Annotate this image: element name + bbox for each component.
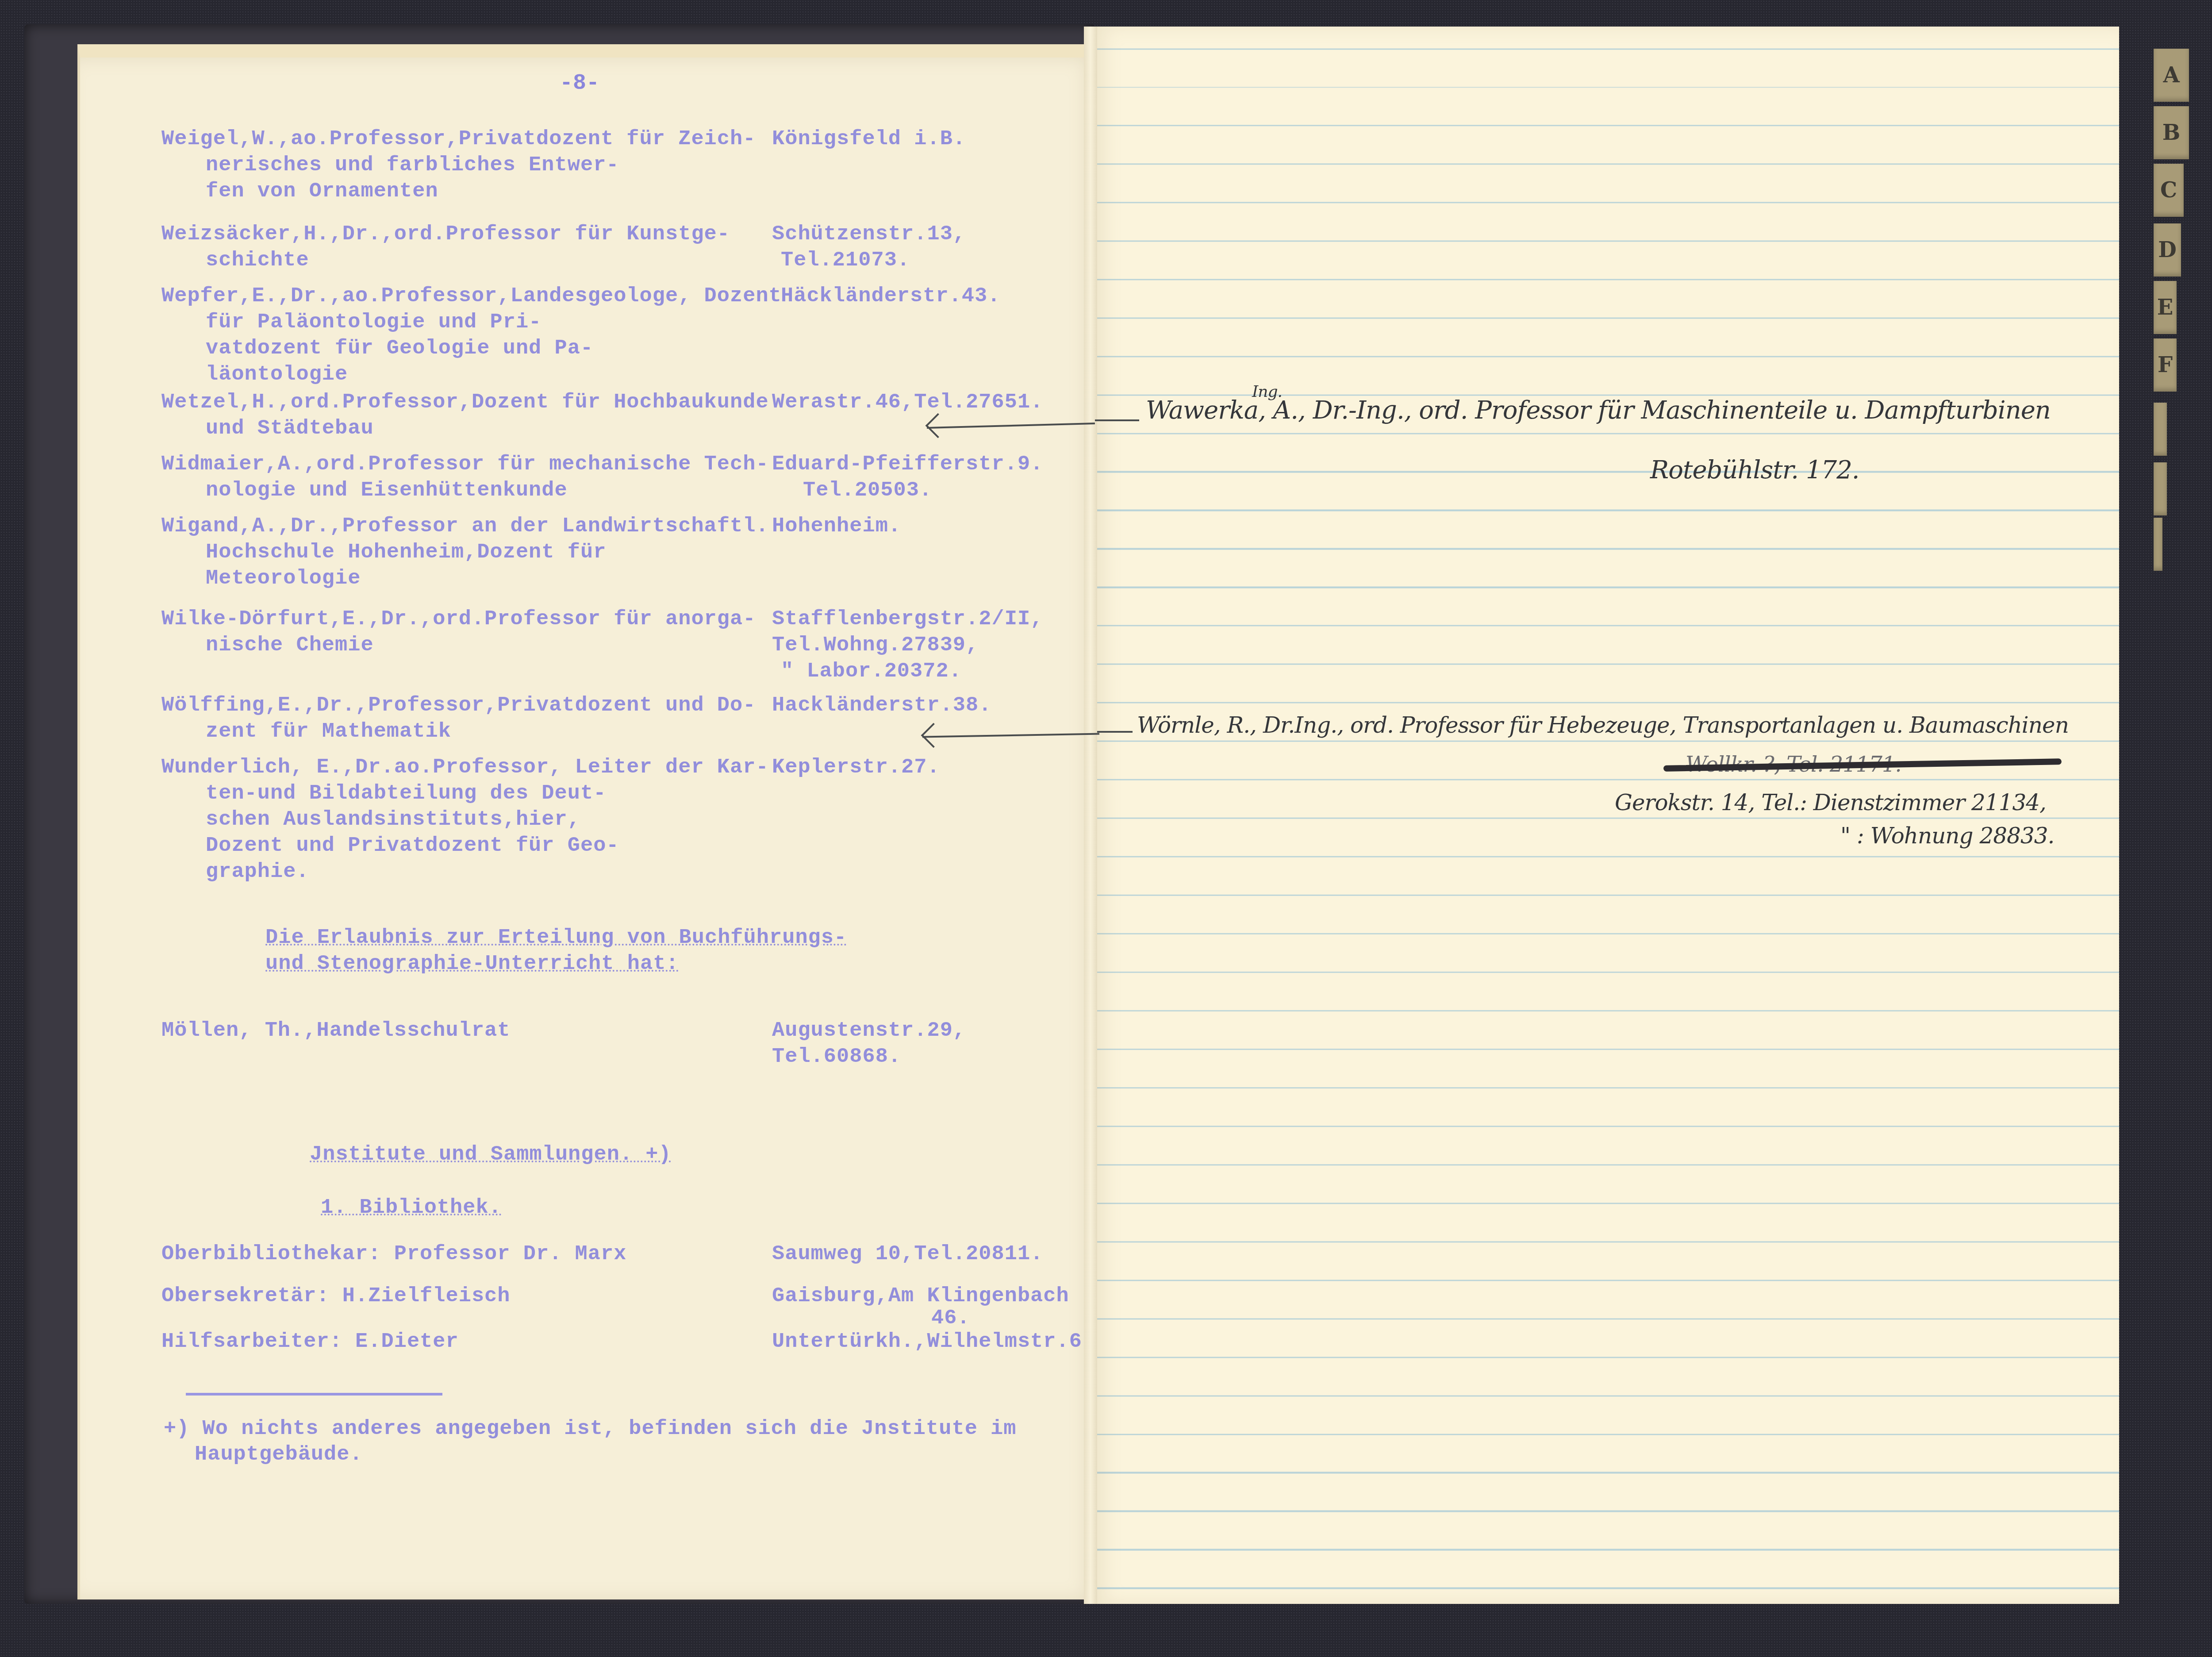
section-heading: und Stenographie-Unterricht hat:: [265, 951, 679, 977]
entry-address: Tel.21073.: [781, 247, 910, 273]
library-subheading: 1. Bibliothek.: [321, 1195, 502, 1221]
entry-line: Dozent und Privatdozent für Geo-: [206, 833, 619, 859]
entry-line: ten-und Bildabteilung des Deut-: [206, 780, 606, 807]
index-tab-b[interactable]: B: [2154, 106, 2189, 159]
book-spine: [1084, 27, 1097, 1604]
entry-line: nische Chemie: [206, 632, 374, 658]
staff-address: 46.: [931, 1305, 970, 1331]
handwritten-address: Rotebühlstr. 172.: [1650, 456, 1859, 484]
entry-line: zent für Mathematik: [206, 719, 451, 745]
entry-line: Hochschule Hohenheim,Dozent für: [206, 539, 606, 565]
index-tab-h[interactable]: [2154, 462, 2167, 515]
arrow-line: [1097, 731, 1133, 733]
entry-line: für Paläontologie und Pri-: [206, 309, 541, 335]
index-tab-g[interactable]: [2154, 403, 2167, 456]
bookkeeping-address: Augustenstr.29,: [772, 1018, 966, 1044]
handwritten-phone: " : Wohnung 28833.: [1840, 823, 2054, 849]
entry-name: Wölffing,E.,Dr.,Professor,Privatdozent u…: [161, 692, 756, 719]
entry-address: Hohenheim.: [772, 513, 901, 539]
index-tab-a[interactable]: A: [2154, 49, 2189, 102]
entry-line: und Städtebau: [206, 415, 374, 442]
entry-address: Tel.20503.: [803, 477, 932, 504]
entry-address: Werastr.46,Tel.27651.: [772, 389, 1043, 415]
staff-address: Untertürkh.,Wilhelmstr.6.: [772, 1329, 1095, 1355]
entry-address: Tel.Wohng.27839,: [772, 632, 979, 658]
arrow-line: [1095, 419, 1139, 421]
index-tab-f[interactable]: F: [2154, 338, 2177, 392]
staff-role: Hilfsarbeiter: E.Dieter: [161, 1329, 459, 1355]
entry-name: Widmaier,A.,ord.Professor für mechanisch…: [161, 451, 769, 477]
footnote: +) Wo nichts anderes angegeben ist, befi…: [164, 1416, 1017, 1442]
entry-line: fen von Ornamenten: [206, 178, 438, 204]
entry-address: " Labor.20372.: [781, 658, 962, 684]
institutes-heading: Jnstitute und Sammlungen. +): [310, 1142, 672, 1168]
section-heading: Die Erlaubnis zur Erteilung von Buchführ…: [265, 925, 847, 951]
entry-name: Weizsäcker,H.,Dr.,ord.Professor für Kuns…: [161, 221, 730, 247]
footnote: Hauptgebäude.: [195, 1442, 363, 1468]
entry-address: Keplerstr.27.: [772, 754, 940, 780]
entry-name: Weigel,W.,ao.Professor,Privatdozent für …: [161, 126, 756, 152]
entry-line: schichte: [206, 247, 309, 273]
entry-name: Wepfer,E.,Dr.,ao.Professor,Landesgeologe…: [161, 283, 782, 309]
entry-line: graphie.: [206, 859, 309, 885]
handwritten-note: Wörnle, R., Dr.Ing., ord. Professor für …: [1137, 712, 2069, 738]
staff-role: Obersekretär: H.Zielfleisch: [161, 1283, 511, 1309]
bookkeeping-address: Tel.60868.: [772, 1044, 901, 1070]
entry-address: Stafflenbergstr.2/II,: [772, 606, 1043, 632]
bookkeeping-person: Möllen, Th.,Handelsschulrat: [161, 1018, 511, 1044]
entry-address: Häckländerstr.43.: [781, 283, 1000, 309]
entry-address: Königsfeld i.B.: [772, 126, 966, 152]
staff-role: Oberbibliothekar: Professor Dr. Marx: [161, 1241, 626, 1267]
staff-address: Gaisburg,Am Klingenbach: [772, 1283, 1069, 1309]
index-tab-c[interactable]: C: [2154, 164, 2184, 217]
index-tab-i[interactable]: [2154, 518, 2162, 571]
entry-address: Eduard-Pfeifferstr.9.: [772, 451, 1043, 477]
entry-address: Schützenstr.13,: [772, 221, 966, 247]
entry-line: nerisches und farbliches Entwer-: [206, 152, 619, 178]
staff-address: Saumweg 10,Tel.20811.: [772, 1241, 1043, 1267]
entry-name: Wilke-Dörfurt,E.,Dr.,ord.Professor für a…: [161, 606, 756, 632]
handwritten-superscript: Ing.: [1252, 383, 1282, 401]
entry-name: Wunderlich, E.,Dr.ao.Professor, Leiter d…: [161, 754, 769, 780]
entry-name: Wigand,A.,Dr.,Professor an der Landwirts…: [161, 513, 769, 539]
footnote-rule: [186, 1393, 442, 1396]
entry-line: nologie und Eisenhüttenkunde: [206, 477, 568, 504]
entry-line: läontologie: [206, 361, 348, 388]
entry-name: Wetzel,H.,ord.Professor,Dozent für Hochb…: [161, 389, 769, 415]
entry-line: Meteorologie: [206, 565, 361, 592]
entry-address: Hackländerstr.38.: [772, 692, 991, 719]
entry-line: vatdozent für Geologie und Pa-: [206, 335, 593, 361]
handwritten-address: Gerokstr. 14, Tel.: Dienstzimmer 21134,: [1615, 790, 2046, 815]
entry-line: schen Auslandsinstituts,hier,: [206, 807, 580, 833]
index-tab-e[interactable]: E: [2154, 281, 2177, 334]
page-number: -8-: [560, 71, 599, 96]
index-tab-d[interactable]: D: [2154, 223, 2181, 277]
